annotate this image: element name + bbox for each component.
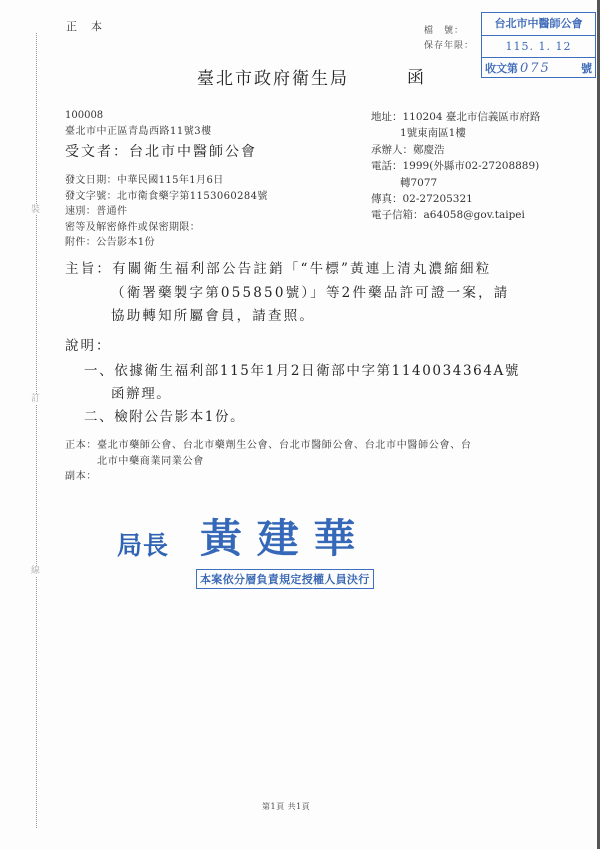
signature-title: 局長 xyxy=(117,526,169,562)
original-recipients-cont: 北市中藥商業同業公會 xyxy=(65,454,472,470)
delegation-stamp: 本案依分層負責規定授權人員決行 xyxy=(196,569,374,589)
contact-email: 電子信箱：a64058@gov.taipei xyxy=(371,207,540,223)
stamp-received-suffix: 號 xyxy=(581,58,592,79)
subject-line: 主旨：有關衛生福利部公告註銷「“牛標”黃連上清丸濃縮細粒 xyxy=(65,258,509,282)
subject: 主旨：有關衛生福利部公告註銷「“牛標”黃連上清丸濃縮細粒 （衛署藥製字第0558… xyxy=(65,258,509,329)
stamp-date: 115. 1. 12 xyxy=(482,35,595,57)
stamp-received-number: 075 xyxy=(520,61,551,76)
sender-postcode: 100008 xyxy=(65,109,103,123)
retention-label: 保存年限： xyxy=(424,38,474,51)
binding-line xyxy=(36,33,37,828)
original-recipients: 正本：臺北市藥師公會、台北市藥劑生公會、台北市醫師公會、台北市中醫師公會、台 xyxy=(65,438,472,454)
contact-officer: 承辦人：鄭慶浩 xyxy=(371,142,540,158)
explanation-item: 一、依據衛生福利部115年1月2日衛部中字第1140034364A號 xyxy=(84,360,520,383)
contact-address: 地址：110204 臺北市信義區市府路 xyxy=(371,109,540,125)
explanation-item-cont: 函辦理。 xyxy=(84,383,520,406)
stamp-received: 收文第075 號 xyxy=(482,57,595,79)
document-title: 臺北市政府衛生局 xyxy=(197,64,349,89)
binding-mark-bind: 裝 xyxy=(31,205,40,215)
file-number-label: 檔 號： xyxy=(424,23,464,36)
contact-info: 地址：110204 臺北市信義區市府路 1號東南區1樓 承辦人：鄭慶浩 電話：1… xyxy=(371,109,540,224)
document-number: 發文字號：北市衛食藥字第1153060284號 xyxy=(65,189,268,205)
sender-address: 臺北市中正區青島西路11號3樓 xyxy=(65,125,212,139)
explanation-label: 說明： xyxy=(65,334,112,354)
recipient: 受文者：台北市中醫師公會 xyxy=(65,141,257,161)
distribution: 正本：臺北市藥師公會、台北市藥劑生公會、台北市醫師公會、台北市中醫師公會、台 北… xyxy=(65,438,472,485)
contact-address-cont: 1號東南區1樓 xyxy=(371,125,540,141)
subject-line: 協助轉知所屬會員，請查照。 xyxy=(65,305,509,329)
copy-recipients: 副本： xyxy=(65,469,472,485)
priority: 速別：普通件 xyxy=(65,204,268,220)
contact-phone-ext: 轉7077 xyxy=(371,175,540,191)
subject-line: （衛署藥製字第055850號）」等2件藥品許可證一案，請 xyxy=(65,282,509,306)
copy-label: 正本 xyxy=(66,18,116,34)
binding-mark-line: 線 xyxy=(31,566,40,576)
attachment: 附件：公告影本1份 xyxy=(65,235,268,251)
explanation-item: 二、檢附公告影本1份。 xyxy=(84,406,520,429)
signature-name: 黃建華 xyxy=(200,507,370,564)
explanation-list: 一、依據衛生福利部115年1月2日衛部中字第1140034364A號 函辦理。 … xyxy=(84,360,520,429)
document-type: 函 xyxy=(407,63,424,88)
stamp-received-prefix: 收文第 xyxy=(485,62,518,75)
page-indicator: 第1頁 共1頁 xyxy=(262,801,310,812)
contact-phone: 電話：1999(外縣市02-27208889) xyxy=(371,158,540,174)
issue-date: 發文日期：中華民國115年1月6日 xyxy=(65,173,268,189)
binding-mark-staple: 訂 xyxy=(31,394,40,404)
document-meta: 發文日期：中華民國115年1月6日 發文字號：北市衛食藥字第1153060284… xyxy=(65,173,268,251)
classification: 密等及解密條件或保密期限： xyxy=(65,220,268,236)
stamp-organization: 台北市中醫師公會 xyxy=(482,13,595,35)
contact-fax: 傳真：02-27205321 xyxy=(371,191,540,207)
receipt-stamp: 台北市中醫師公會 115. 1. 12 收文第075 號 xyxy=(481,12,596,78)
